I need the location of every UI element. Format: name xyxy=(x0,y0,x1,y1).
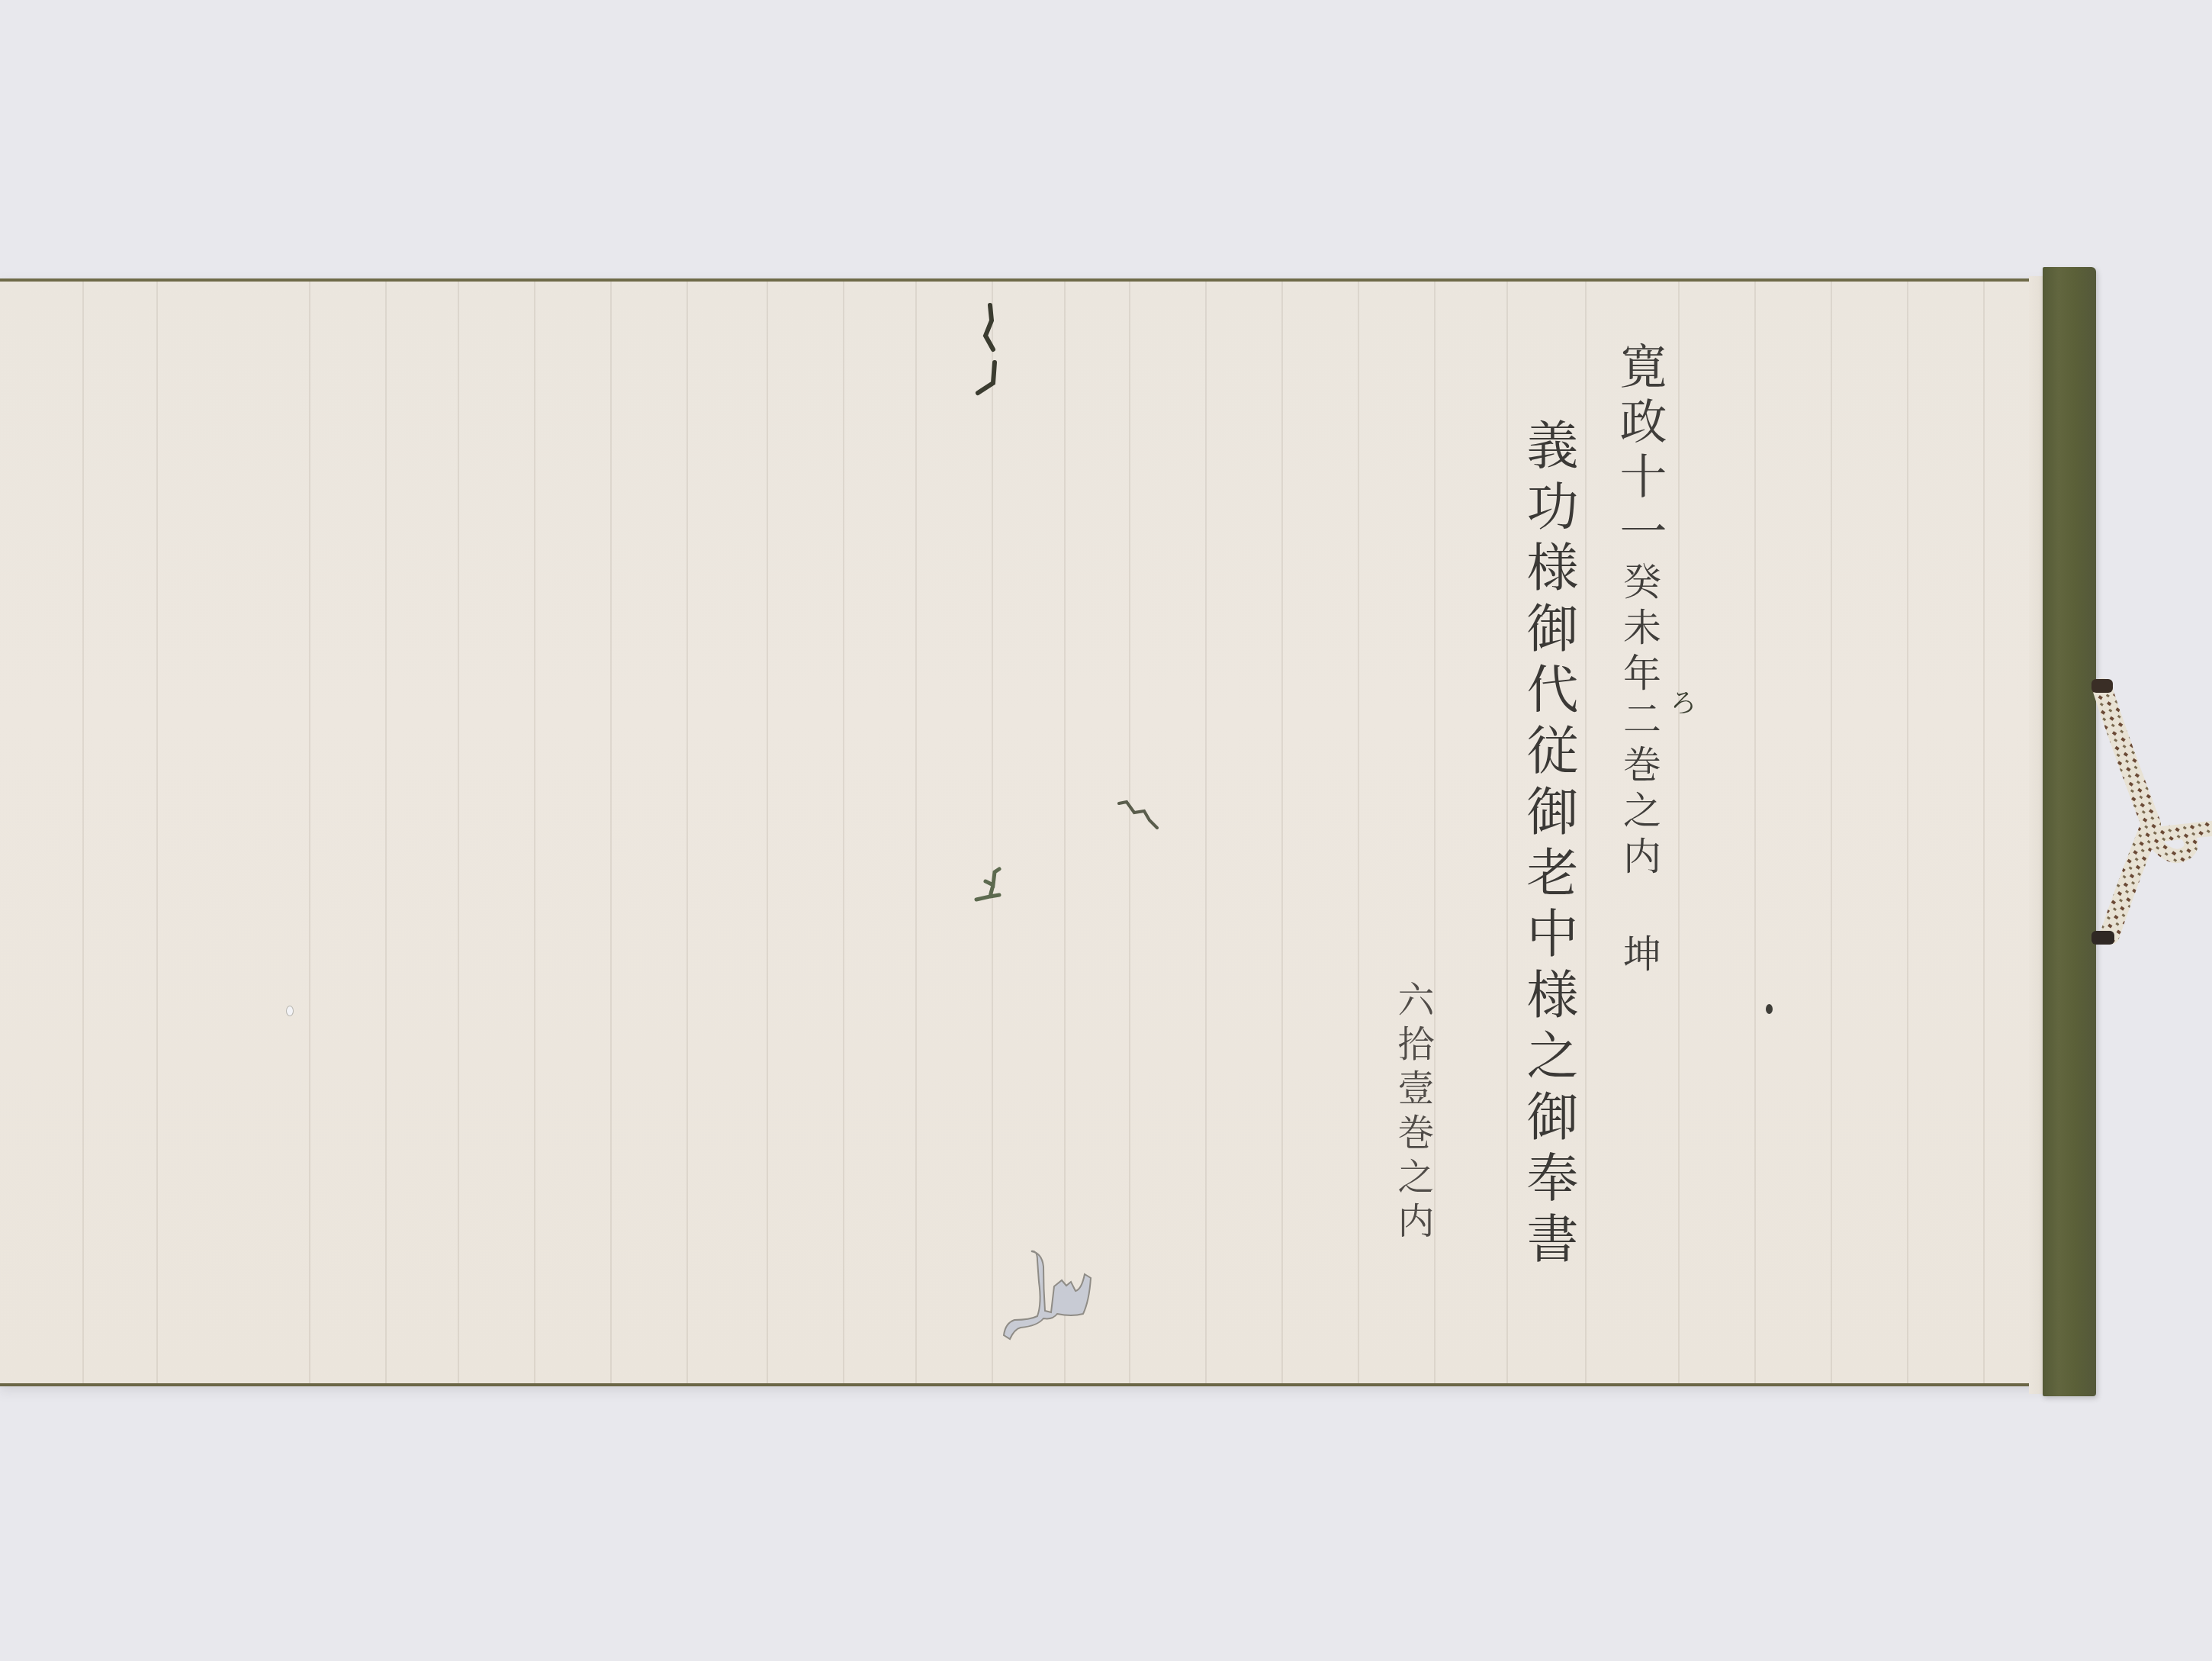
wormhole-mid-left xyxy=(969,866,1014,912)
ruling-line xyxy=(915,282,917,1383)
ruling-line xyxy=(1129,282,1130,1383)
ruling-line xyxy=(385,282,387,1383)
ruling-line xyxy=(1434,282,1436,1383)
ruling-line xyxy=(534,282,535,1383)
ruling-line xyxy=(992,282,993,1383)
wormhole-bottom xyxy=(999,1244,1106,1343)
ruling-line xyxy=(1831,282,1832,1383)
text-column-title: 義功様御代従御老中様之御奉書 xyxy=(1522,418,1574,1273)
stray-ink-mark: ろ xyxy=(1670,690,1696,716)
cord-ring-bottom xyxy=(2091,931,2114,945)
ruling-line xyxy=(1064,282,1066,1383)
ink-dot-right xyxy=(1766,1004,1773,1014)
ruling-line xyxy=(1205,282,1207,1383)
ruling-line xyxy=(156,282,158,1383)
date-volume: 年二巻之内 坤 xyxy=(1617,653,1661,980)
ruling-line xyxy=(1585,282,1587,1383)
text-column-volume-note: 六拾壹巻之内 xyxy=(1394,980,1431,1246)
wormhole-mid-right xyxy=(1117,797,1171,832)
scroll-cord-tie[interactable] xyxy=(2088,671,2212,961)
pinhole-left xyxy=(286,1006,294,1016)
ruling-line xyxy=(1358,282,1359,1383)
text-column-date: 寛政十一癸未年二巻之内 坤 xyxy=(1616,342,1663,980)
ruling-line xyxy=(686,282,688,1383)
ruling-line xyxy=(610,282,612,1383)
cord-ring-top xyxy=(2091,679,2113,693)
ruling-line xyxy=(1983,282,1985,1383)
date-era: 寛政十一 xyxy=(1612,342,1667,562)
ruling-line xyxy=(1506,282,1508,1383)
ruling-line xyxy=(458,282,459,1383)
date-zodiac: 癸未 xyxy=(1617,562,1661,653)
ruling-line xyxy=(1907,282,1908,1383)
ruling-line xyxy=(1754,282,1756,1383)
ruling-line xyxy=(1678,282,1680,1383)
ruling-line xyxy=(82,282,84,1383)
ruling-line xyxy=(767,282,768,1383)
ruling-line xyxy=(1281,282,1283,1383)
wormhole-top xyxy=(969,298,1022,404)
ruling-line xyxy=(309,282,310,1383)
ruling-line xyxy=(843,282,844,1383)
scroll-paper xyxy=(0,278,2052,1386)
